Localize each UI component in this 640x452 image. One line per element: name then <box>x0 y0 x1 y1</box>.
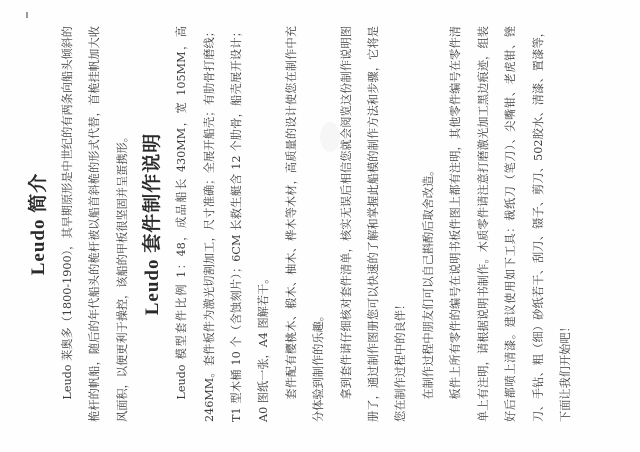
intro-paragraph: Leudo 莱奥多（1800-1900），其早期原形是中世纪的有两条向船头倾斜的… <box>54 26 136 422</box>
scan-mark <box>26 12 28 18</box>
document-content: Leudo 简介 Leudo 莱奥多（1800-1900），其早期原形是中世纪的… <box>24 26 579 422</box>
checklist-paragraph: 拿到套件请仔细核对套件清单，核实无误后相信您就会阅览这份制作说明图册了，通过制作… <box>333 26 415 422</box>
section-title-intro: Leudo 简介 <box>24 26 54 422</box>
kit-spec-paragraph: Leudo 模型套件比例 1：48，成品船长 430MM，宽 105MM，高 2… <box>168 26 278 422</box>
materials-paragraph: 套件配有樱桃木、椴木、柚木、桦木等木材，高质量的设计使您在制作中充分体验到制作的… <box>278 26 333 422</box>
tools-paragraph: 板件上所有零件的编号在说明书板件图上都有注明，其他零件编号在零件清单上有注明，请… <box>442 26 579 422</box>
modification-paragraph: 在制作过程中朋友们可以自己斟酌后取舍改造。 <box>415 26 442 422</box>
section-title-kit-instructions: Leudo 套件制作说明 <box>138 26 168 422</box>
rotated-document-page: Leudo 简介 Leudo 莱奥多（1800-1900），其早期原形是中世纪的… <box>0 0 640 452</box>
